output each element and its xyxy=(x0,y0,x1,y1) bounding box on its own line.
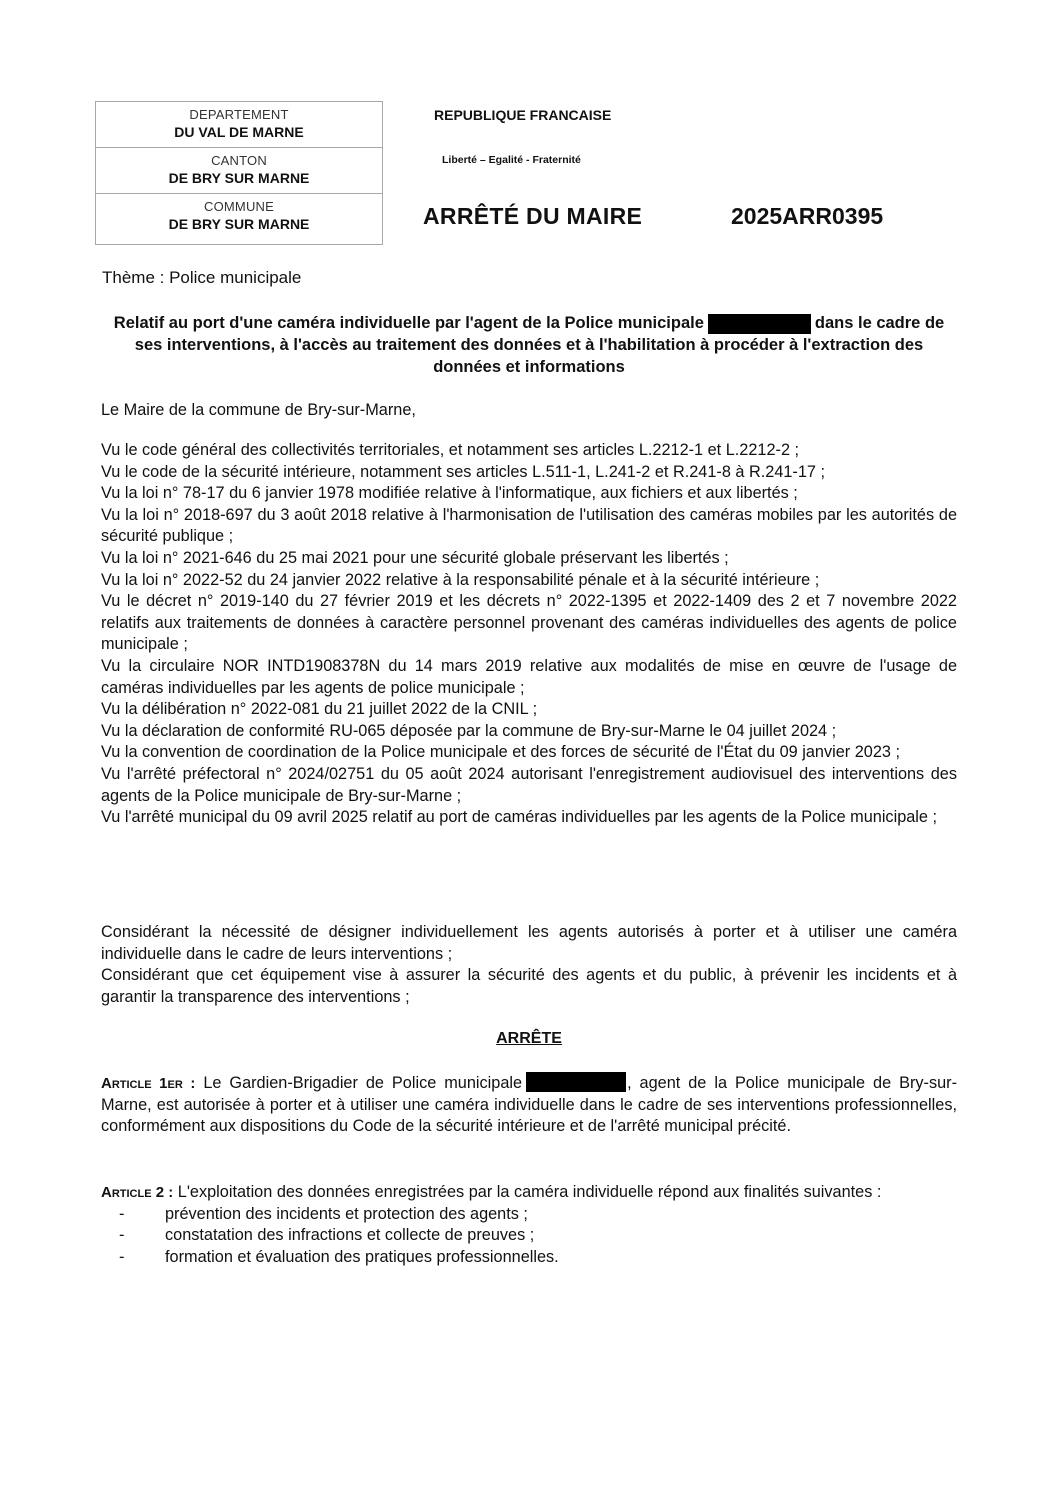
article-1-label: Article 1er : xyxy=(101,1075,195,1092)
bullet-text: prévention des incidents et protection d… xyxy=(165,1205,528,1223)
article-1: Article 1er : Le Gardien-Brigadier de Po… xyxy=(101,1072,957,1138)
article-2-label: Article 2 : xyxy=(101,1184,173,1201)
bullet-text: formation et évaluation des pratiques pr… xyxy=(165,1248,559,1266)
visa-item: Vu le décret n° 2019-140 du 27 février 2… xyxy=(101,591,957,656)
intro-text: Le Maire de la commune de Bry-sur-Marne, xyxy=(101,400,957,422)
document-page: DEPARTEMENT DU VAL DE MARNE CANTON DE BR… xyxy=(0,0,1058,1497)
article-2-text: L'exploitation des données enregistrées … xyxy=(178,1183,882,1201)
canton-label: CANTON xyxy=(96,153,382,169)
commune-value: DE BRY SUR MARNE xyxy=(96,215,382,234)
arrete-heading: ARRÊTE xyxy=(0,1030,1058,1048)
dash-bullet-icon: - xyxy=(119,1247,124,1269)
visa-item: Vu l'arrêté préfectoral n° 2024/02751 du… xyxy=(101,764,957,807)
commune-cell: COMMUNE DE BRY SUR MARNE xyxy=(96,194,382,244)
redaction-block xyxy=(526,1072,626,1092)
considerant-item: Considérant que cet équipement vise à as… xyxy=(101,965,957,1008)
article-2: Article 2 : L'exploitation des données e… xyxy=(101,1182,957,1268)
departement-label: DEPARTEMENT xyxy=(96,107,382,123)
objet-title: Relatif au port d'une caméra individuell… xyxy=(100,312,958,378)
document-number: 2025ARR0395 xyxy=(731,203,883,230)
dash-bullet-icon: - xyxy=(119,1225,124,1247)
visa-item: Vu la loi n° 2022-52 du 24 janvier 2022 … xyxy=(101,570,957,592)
bullet-item: -formation et évaluation des pratiques p… xyxy=(101,1247,957,1269)
visa-item: Vu l'arrêté municipal du 09 avril 2025 r… xyxy=(101,807,957,829)
visas-list: Vu le code général des collectivités ter… xyxy=(101,440,957,829)
republique-heading: REPUBLIQUE FRANCAISE xyxy=(434,107,611,123)
departement-value: DU VAL DE MARNE xyxy=(96,123,382,142)
considerant-item: Considérant la nécessité de désigner ind… xyxy=(101,922,957,965)
article-2-bullets: -prévention des incidents et protection … xyxy=(101,1204,957,1269)
visa-item: Vu la loi n° 2018-697 du 3 août 2018 rel… xyxy=(101,505,957,548)
administrative-header-box: DEPARTEMENT DU VAL DE MARNE CANTON DE BR… xyxy=(95,101,383,245)
theme-line: Thème : Police municipale xyxy=(102,268,301,288)
visa-item: Vu le code général des collectivités ter… xyxy=(101,440,957,462)
redaction-block xyxy=(708,314,811,334)
commune-label: COMMUNE xyxy=(96,199,382,215)
visa-item: Vu le code de la sécurité intérieure, no… xyxy=(101,462,957,484)
document-type-title: ARRÊTÉ DU MAIRE xyxy=(423,203,642,230)
objet-text-before: Relatif au port d'une caméra individuell… xyxy=(114,314,704,332)
visa-item: Vu la convention de coordination de la P… xyxy=(101,742,957,764)
visa-item: Vu la déclaration de conformité RU-065 d… xyxy=(101,721,957,743)
visa-item: Vu la loi n° 78-17 du 6 janvier 1978 mod… xyxy=(101,483,957,505)
intro-line: Le Maire de la commune de Bry-sur-Marne, xyxy=(101,400,957,422)
visa-item: Vu la circulaire NOR INTD1908378N du 14 … xyxy=(101,656,957,699)
bullet-text: constatation des infractions et collecte… xyxy=(165,1226,534,1244)
canton-cell: CANTON DE BRY SUR MARNE xyxy=(96,148,382,194)
bullet-item: -constatation des infractions et collect… xyxy=(101,1225,957,1247)
article-1-text-before: Le Gardien-Brigadier de Police municipal… xyxy=(203,1074,522,1092)
dash-bullet-icon: - xyxy=(119,1204,124,1226)
canton-value: DE BRY SUR MARNE xyxy=(96,169,382,188)
bullet-item: -prévention des incidents et protection … xyxy=(101,1204,957,1226)
devise: Liberté – Egalité - Fraternité xyxy=(442,154,581,166)
visa-item: Vu la loi n° 2021-646 du 25 mai 2021 pou… xyxy=(101,548,957,570)
considerants-list: Considérant la nécessité de désigner ind… xyxy=(101,922,957,1008)
departement-cell: DEPARTEMENT DU VAL DE MARNE xyxy=(96,102,382,148)
visa-item: Vu la délibération n° 2022-081 du 21 jui… xyxy=(101,699,957,721)
